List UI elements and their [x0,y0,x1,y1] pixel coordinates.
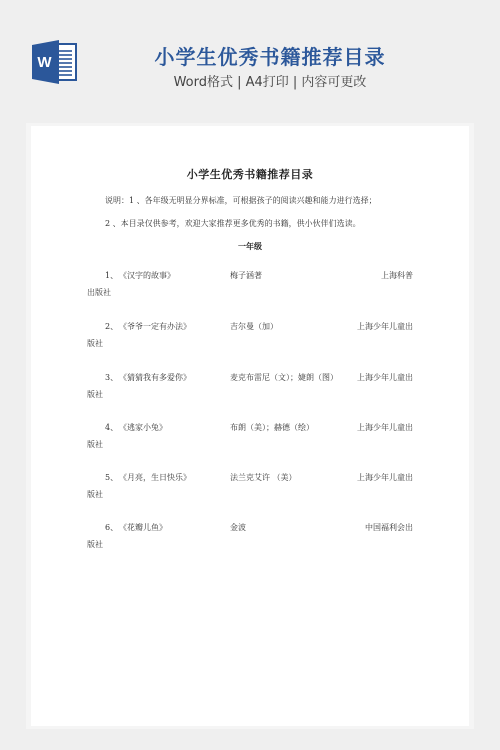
book-number: 1、 [105,270,118,281]
book-publisher-continued: 版社 [87,439,103,450]
book-title: 《花瓣儿鱼》 [119,522,167,533]
book-publisher-continued: 版社 [87,389,103,400]
book-publisher: 上海少年儿童出 [357,422,413,433]
book-publisher: 上海少年儿童出 [357,372,413,383]
word-icon: W [32,40,78,84]
book-author: 麦克布雷尼（文）；婕朗（图） [230,372,338,383]
banner-subtitle: Word格式 | A4打印 | 内容可更改 [150,74,390,92]
book-number: 6、 [105,522,118,533]
book-publisher-continued: 版社 [87,539,103,550]
svg-text:W: W [37,54,52,71]
book-author: 吉尔曼（加） [230,321,278,332]
book-publisher: 上海少年儿童出 [357,321,413,332]
book-publisher: 上海少年儿童出 [357,472,413,483]
book-publisher-continued: 版社 [87,338,103,349]
book-title: 《猜猜我有多爱你》 [119,372,191,383]
book-title: 《逃家小兔》 [119,422,167,433]
book-author: 金波 [230,522,246,533]
book-number: 5、 [105,472,118,483]
book-number: 2、 [105,321,118,332]
header-banner: W 小学生优秀书籍推荐目录 Word格式 | A4打印 | 内容可更改 [0,0,500,120]
book-entry: 6、 《花瓣儿鱼》 金波 中国福利会出 版社 [31,522,469,562]
book-number: 4、 [105,422,118,433]
note-line-1: 说明：1 、各年级无明显分界标准，可根据孩子的阅读兴趣和能力进行选择； [105,195,377,206]
book-entry: 5、 《月亮，生日快乐》 法兰克艾许 （美） 上海少年儿童出 版社 [31,472,469,512]
note-line-2: 2 、本目录仅供参考，欢迎大家推荐更多优秀的书籍，供小伙伴们选读。 [105,218,361,229]
book-title: 《月亮，生日快乐》 [119,472,191,483]
book-entry: 2、 《爷爷一定有办法》 吉尔曼（加） 上海少年儿童出 版社 [31,321,469,361]
document-title: 小学生优秀书籍推荐目录 [31,166,469,182]
book-title: 《汉字的故事》 [119,270,175,281]
book-author: 法兰克艾许 （美） [230,472,297,483]
book-entry: 1、 《汉字的故事》 梅子涵著 上海科普 出版社 [31,270,469,310]
book-publisher: 中国福利会出 [365,522,413,533]
book-publisher: 上海科普 [381,270,413,281]
book-author: 梅子涵著 [230,270,262,281]
document-page: 小学生优秀书籍推荐目录 说明：1 、各年级无明显分界标准，可根据孩子的阅读兴趣和… [31,126,469,726]
book-publisher-continued: 版社 [87,489,103,500]
book-publisher-continued: 出版社 [87,287,111,298]
book-number: 3、 [105,372,118,383]
grade-heading: 一年级 [31,241,469,252]
book-author: 布朗（美）；赫德（绘） [230,422,314,433]
book-title: 《爷爷一定有办法》 [119,321,191,332]
banner-title: 小学生优秀书籍推荐目录 [150,44,390,70]
book-entry: 4、 《逃家小兔》 布朗（美）；赫德（绘） 上海少年儿童出 版社 [31,422,469,462]
book-entry: 3、 《猜猜我有多爱你》 麦克布雷尼（文）；婕朗（图） 上海少年儿童出 版社 [31,372,469,412]
